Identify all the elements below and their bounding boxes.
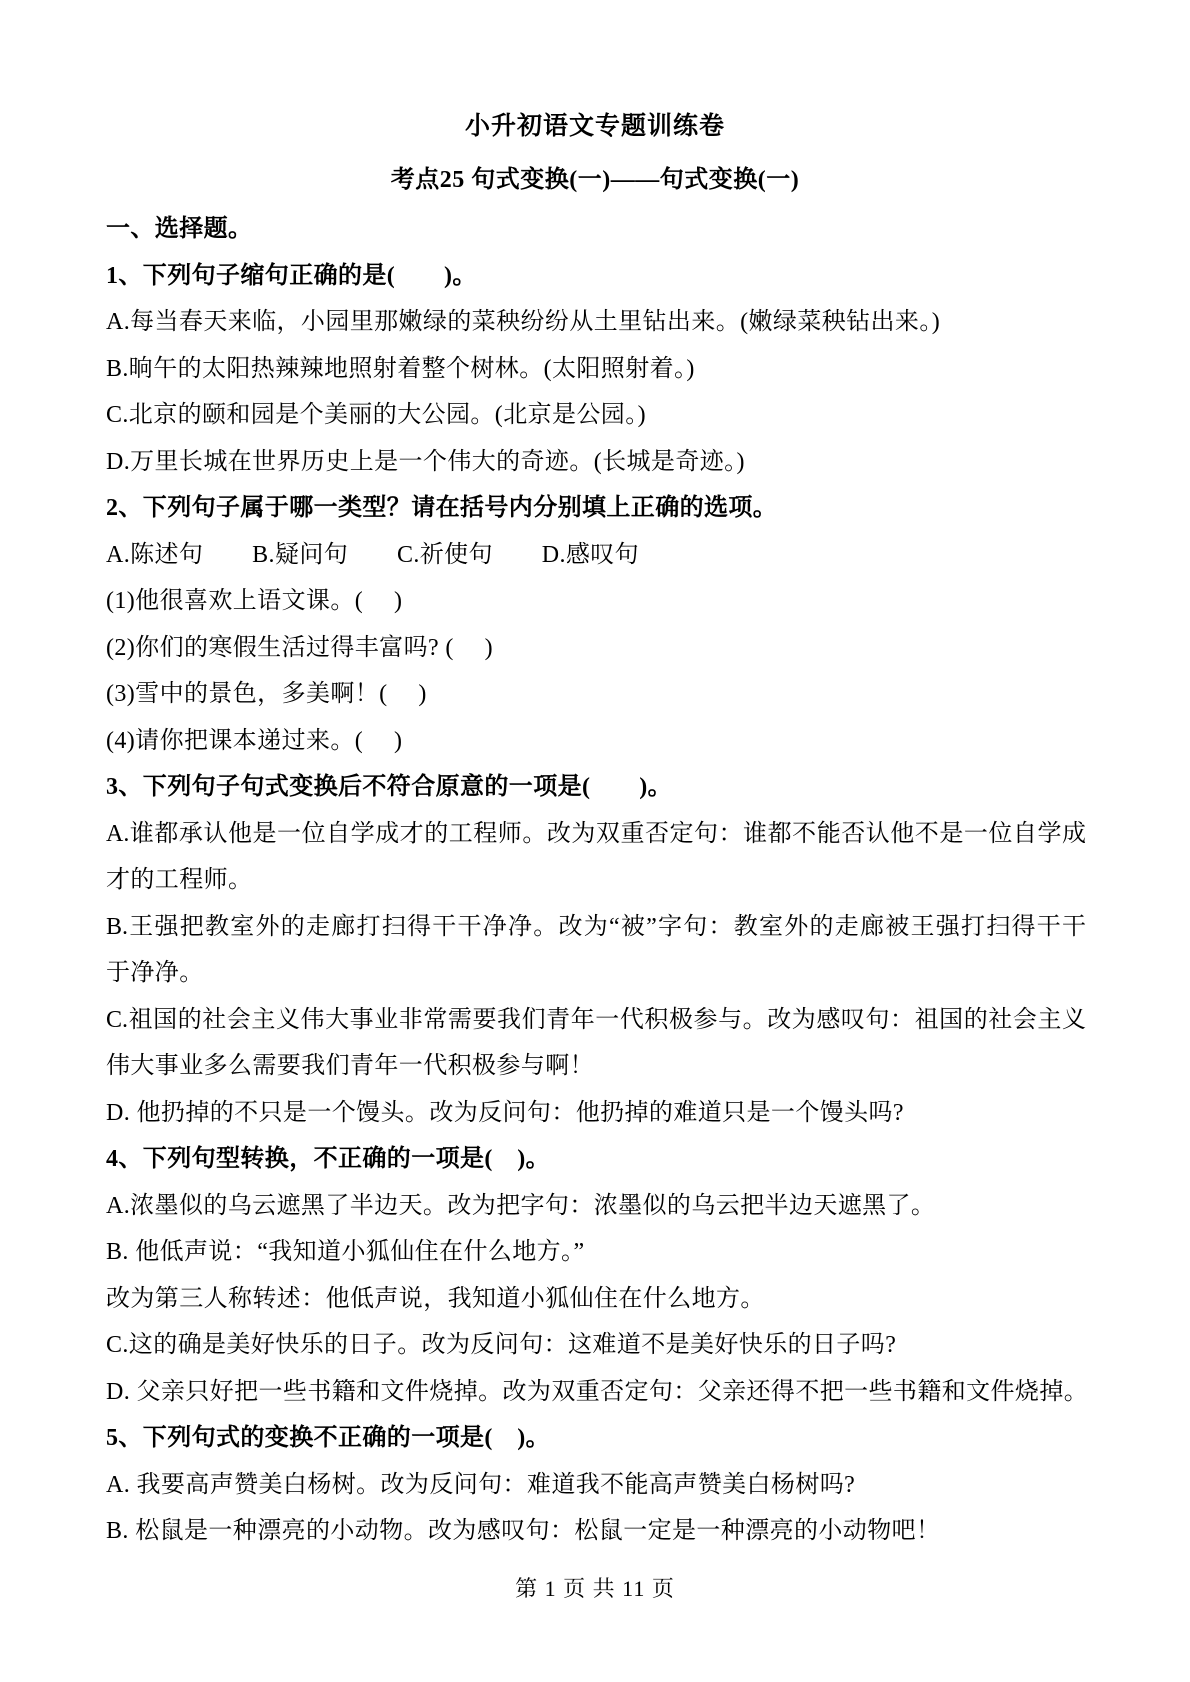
sub-item-line: (1)他很喜欢上语文课。( )	[106, 578, 1086, 625]
page-title: 小升初语文专题训练卷	[0, 108, 1190, 146]
question-heading: 2、下列句子属于哪一类型？请在括号内分别填上正确的选项。	[106, 485, 1086, 532]
document-body: 一、选择题。1、下列句子缩句正确的是( )。A.每当春天来临，小园里那嫩绿的菜秧…	[106, 206, 1086, 1555]
page-subtitle: 考点25 句式变换(一)——句式变换(一)	[0, 162, 1190, 198]
option-line: A.谁都承认他是一位自学成才的工程师。改为双重否定句：谁都不能否认他不是一位自学…	[106, 811, 1086, 858]
question-heading: 1、下列句子缩句正确的是( )。	[106, 253, 1086, 300]
continuation-line: 伟大事业多么需要我们青年一代积极参与啊！	[106, 1043, 1086, 1090]
option-line: C.这的确是美好快乐的日子。改为反问句：这难道不是美好快乐的日子吗?	[106, 1322, 1086, 1369]
option-line: A. 我要高声赞美白杨树。改为反问句：难道我不能高声赞美白杨树吗?	[106, 1462, 1086, 1509]
option-line: B.晌午的太阳热辣辣地照射着整个树林。(太阳照射着。)	[106, 346, 1086, 393]
option-line: C.北京的颐和园是个美丽的大公园。(北京是公园。)	[106, 392, 1086, 439]
sub-item-line: (2)你们的寒假生活过得丰富吗? ( )	[106, 625, 1086, 672]
question-heading: 3、下列句子句式变换后不符合原意的一项是( )。	[106, 764, 1086, 811]
continuation-line: 于净净。	[106, 950, 1086, 997]
sub-item-line: (3)雪中的景色，多美啊！( )	[106, 671, 1086, 718]
option-line: B.王强把教室外的走廊打扫得干干净净。改为“被”字句：教室外的走廊被王强打扫得干…	[106, 904, 1086, 951]
option-line: A.浓墨似的乌云遮黑了半边天。改为把字句：浓墨似的乌云把半边天遮黑了。	[106, 1183, 1086, 1230]
section-heading: 一、选择题。	[106, 206, 1086, 253]
exam-paper-page: 小升初语文专题训练卷 考点25 句式变换(一)——句式变换(一) 一、选择题。1…	[0, 0, 1190, 1682]
sub-item-line: (4)请你把课本递过来。( )	[106, 718, 1086, 765]
option-line: B. 他低声说：“我知道小狐仙住在什么地方。”	[106, 1229, 1086, 1276]
continuation-line: 才的工程师。	[106, 857, 1086, 904]
page-number-footer: 第 1 页 共 11 页	[0, 1572, 1190, 1606]
option-line: D. 父亲只好把一些书籍和文件烧掉。改为双重否定句：父亲还得不把一些书籍和文件烧…	[106, 1369, 1086, 1416]
option-line: A.每当春天来临，小园里那嫩绿的菜秧纷纷从土里钻出来。(嫩绿菜秧钻出来。)	[106, 299, 1086, 346]
option-line: C.祖国的社会主义伟大事业非常需要我们青年一代积极参与。改为感叹句：祖国的社会主…	[106, 997, 1086, 1044]
question-heading: 5、下列句式的变换不正确的一项是( )。	[106, 1415, 1086, 1462]
option-line: D. 他扔掉的不只是一个馒头。改为反问句：他扔掉的难道只是一个馒头吗?	[106, 1090, 1086, 1137]
option-line: D.万里长城在世界历史上是一个伟大的奇迹。(长城是奇迹。)	[106, 439, 1086, 486]
continuation-line: 改为第三人称转述：他低声说，我知道小狐仙住在什么地方。	[106, 1276, 1086, 1323]
option-line: A.陈述句 B.疑问句 C.祈使句 D.感叹句	[106, 532, 1086, 579]
option-line: B. 松鼠是一种漂亮的小动物。改为感叹句：松鼠一定是一种漂亮的小动物吧！	[106, 1508, 1086, 1555]
question-heading: 4、下列句型转换，不正确的一项是( )。	[106, 1136, 1086, 1183]
